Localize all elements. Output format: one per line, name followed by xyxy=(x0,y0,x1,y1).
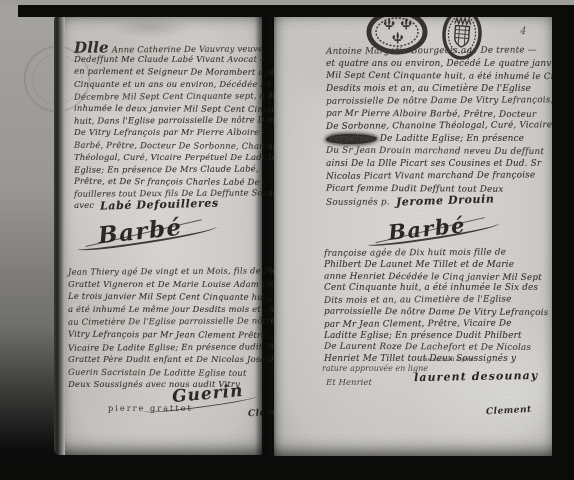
record-line: Décembre Mil Sept Cent Cinquante sept, a… xyxy=(74,89,260,102)
scan-top-strip xyxy=(0,0,574,5)
record-line: De Laurent Roze De Lachefort et De Nicol… xyxy=(324,342,550,355)
burial-record-4: françoise agée de Dix huit mois fille de… xyxy=(324,248,550,366)
book-gutter xyxy=(255,14,277,455)
burial-record-1: DlleAnne Catherine De Vauvray veuve Dede… xyxy=(74,41,260,212)
officiant-signature-clement: Clement xyxy=(486,398,532,417)
witness-signature-desounay: laurent desounay xyxy=(414,365,538,384)
record-line: Jean Thiery agé De vingt et un Mois, fil… xyxy=(68,264,262,278)
record-line: a été inhumé Le même jour Desdits mois e… xyxy=(68,303,262,316)
closing-henriet: Et Henriet xyxy=(326,378,372,388)
officiant-signature-barbe: Barbé xyxy=(98,218,183,245)
record-line: DlleAnne Catherine De Vauvray veuve xyxy=(74,40,260,53)
record-line: au Cimetière De l'Eglise parroissielle D… xyxy=(68,315,262,329)
record-line: par Mr Jean Clement, Prêtre, Vicaire De xyxy=(324,318,550,331)
left-page: DlleAnne Catherine De Vauvray veuve Dede… xyxy=(60,14,262,455)
record-line: Vitry Lefrançois par Mr Jean Clement Prê… xyxy=(68,328,262,342)
witness-signature: Labé Defouilleres xyxy=(100,198,219,213)
record-line: Grattet Vigneron et De Marie Louise Adam… xyxy=(68,278,262,291)
record-line: Cent Cinquante huit, a été inhumée le Si… xyxy=(324,283,550,295)
record-line: avec Labé Defouilleres xyxy=(74,199,260,211)
burial-record-2: Jean Thiery agé De vingt et un Mois, fil… xyxy=(68,265,262,391)
officiant-signature-barbe: Barbé xyxy=(388,216,466,241)
record-line: Cinquante et un ans ou environ, Décédée … xyxy=(74,78,260,90)
record-line: Antoine Margotin Bourgeois agé De trente… xyxy=(326,44,550,58)
record-line: PerpétuelDe Laditte Eglise; En présence xyxy=(326,133,550,146)
record-line: Vicaire De Ladite Eglise; En présence du… xyxy=(68,340,262,354)
record-line: huit, Dans l'Eglise parroissielle De nôt… xyxy=(74,113,260,126)
record-line: Philbert De Launet Me Tillet et de Marie xyxy=(324,260,550,272)
scan-black-border-bottom xyxy=(0,457,574,480)
record-line: Laditte Eglise; En présence Dudit Philbe… xyxy=(324,331,550,343)
record-line: Théologal, Curé, Vicaire Perpétuel De La… xyxy=(74,151,260,163)
record-line: De Vitry Lefrançois par Mr Pierre Alboir… xyxy=(74,126,260,138)
record-line: anne Henriet Décédée le Cinq janvier Mil… xyxy=(324,271,550,284)
right-page: 4 Antoine Margotin Bourgeois agé De tren… xyxy=(274,12,554,456)
record-line: et quatre ans ou environ, Décédé Le quat… xyxy=(326,58,550,71)
folio-mark: 4 xyxy=(520,19,526,38)
record-initial: Dlle xyxy=(74,38,109,56)
record-line: Soussignés p. Jerome Drouin xyxy=(326,194,550,208)
record-line: Dits mois et an, au Cimetière de l'Eglis… xyxy=(324,294,550,307)
witness-signature-guerin: Guerin xyxy=(172,384,243,404)
book-spine-edge xyxy=(54,15,65,455)
record-line: De Sorbonne, Chanoine Théologal, Curé, V… xyxy=(326,119,550,133)
margin-note: ne sachant signer xyxy=(424,357,474,363)
record-line: Nicolas Picart Vivant marchand De franço… xyxy=(326,169,550,183)
record-line: Du Sr Jean Drouin marchand neveu Du deff… xyxy=(326,145,550,159)
record-line: Mil Sept Cent Cinquante huit, a été inhu… xyxy=(326,70,550,84)
witness-signature: Jerome Drouin xyxy=(395,193,494,209)
ink-blot: Perpétuel xyxy=(326,134,377,144)
scan-black-border-top xyxy=(18,4,574,17)
record-line: en parlement et Seigneur De Morambert ag… xyxy=(74,65,260,78)
record-line: Le trois janvier Mil Sept Cent Cinquante… xyxy=(68,290,262,304)
record-line: Eglise; En présence De Mrs Claude Labé, xyxy=(74,162,260,175)
record-line: Barbé, Prêtre, Docteur De Sorbonne, Chan… xyxy=(74,138,260,151)
record-line: parroissielle De nôtre Dame De Vitry Lef… xyxy=(326,94,550,108)
record-line: Guerin Sacristain De Laditte Eglise tout xyxy=(68,365,262,379)
record-line: Desdits mois et an, au Cimetière De l'Eg… xyxy=(326,83,550,96)
scan-black-border-right xyxy=(552,0,574,480)
record-line: Grattet Père Dudit enfant et De Nicolas … xyxy=(68,353,262,366)
rature-note: rature approuvée en ligne xyxy=(322,364,428,373)
burial-record-3: Antoine Margotin Bourgeois agé De trente… xyxy=(326,45,550,208)
record-line: françoise agée de Dix huit mois fille de xyxy=(324,247,550,260)
record-line: ainsi De la Dlle Picart ses Cousines et … xyxy=(326,158,550,171)
